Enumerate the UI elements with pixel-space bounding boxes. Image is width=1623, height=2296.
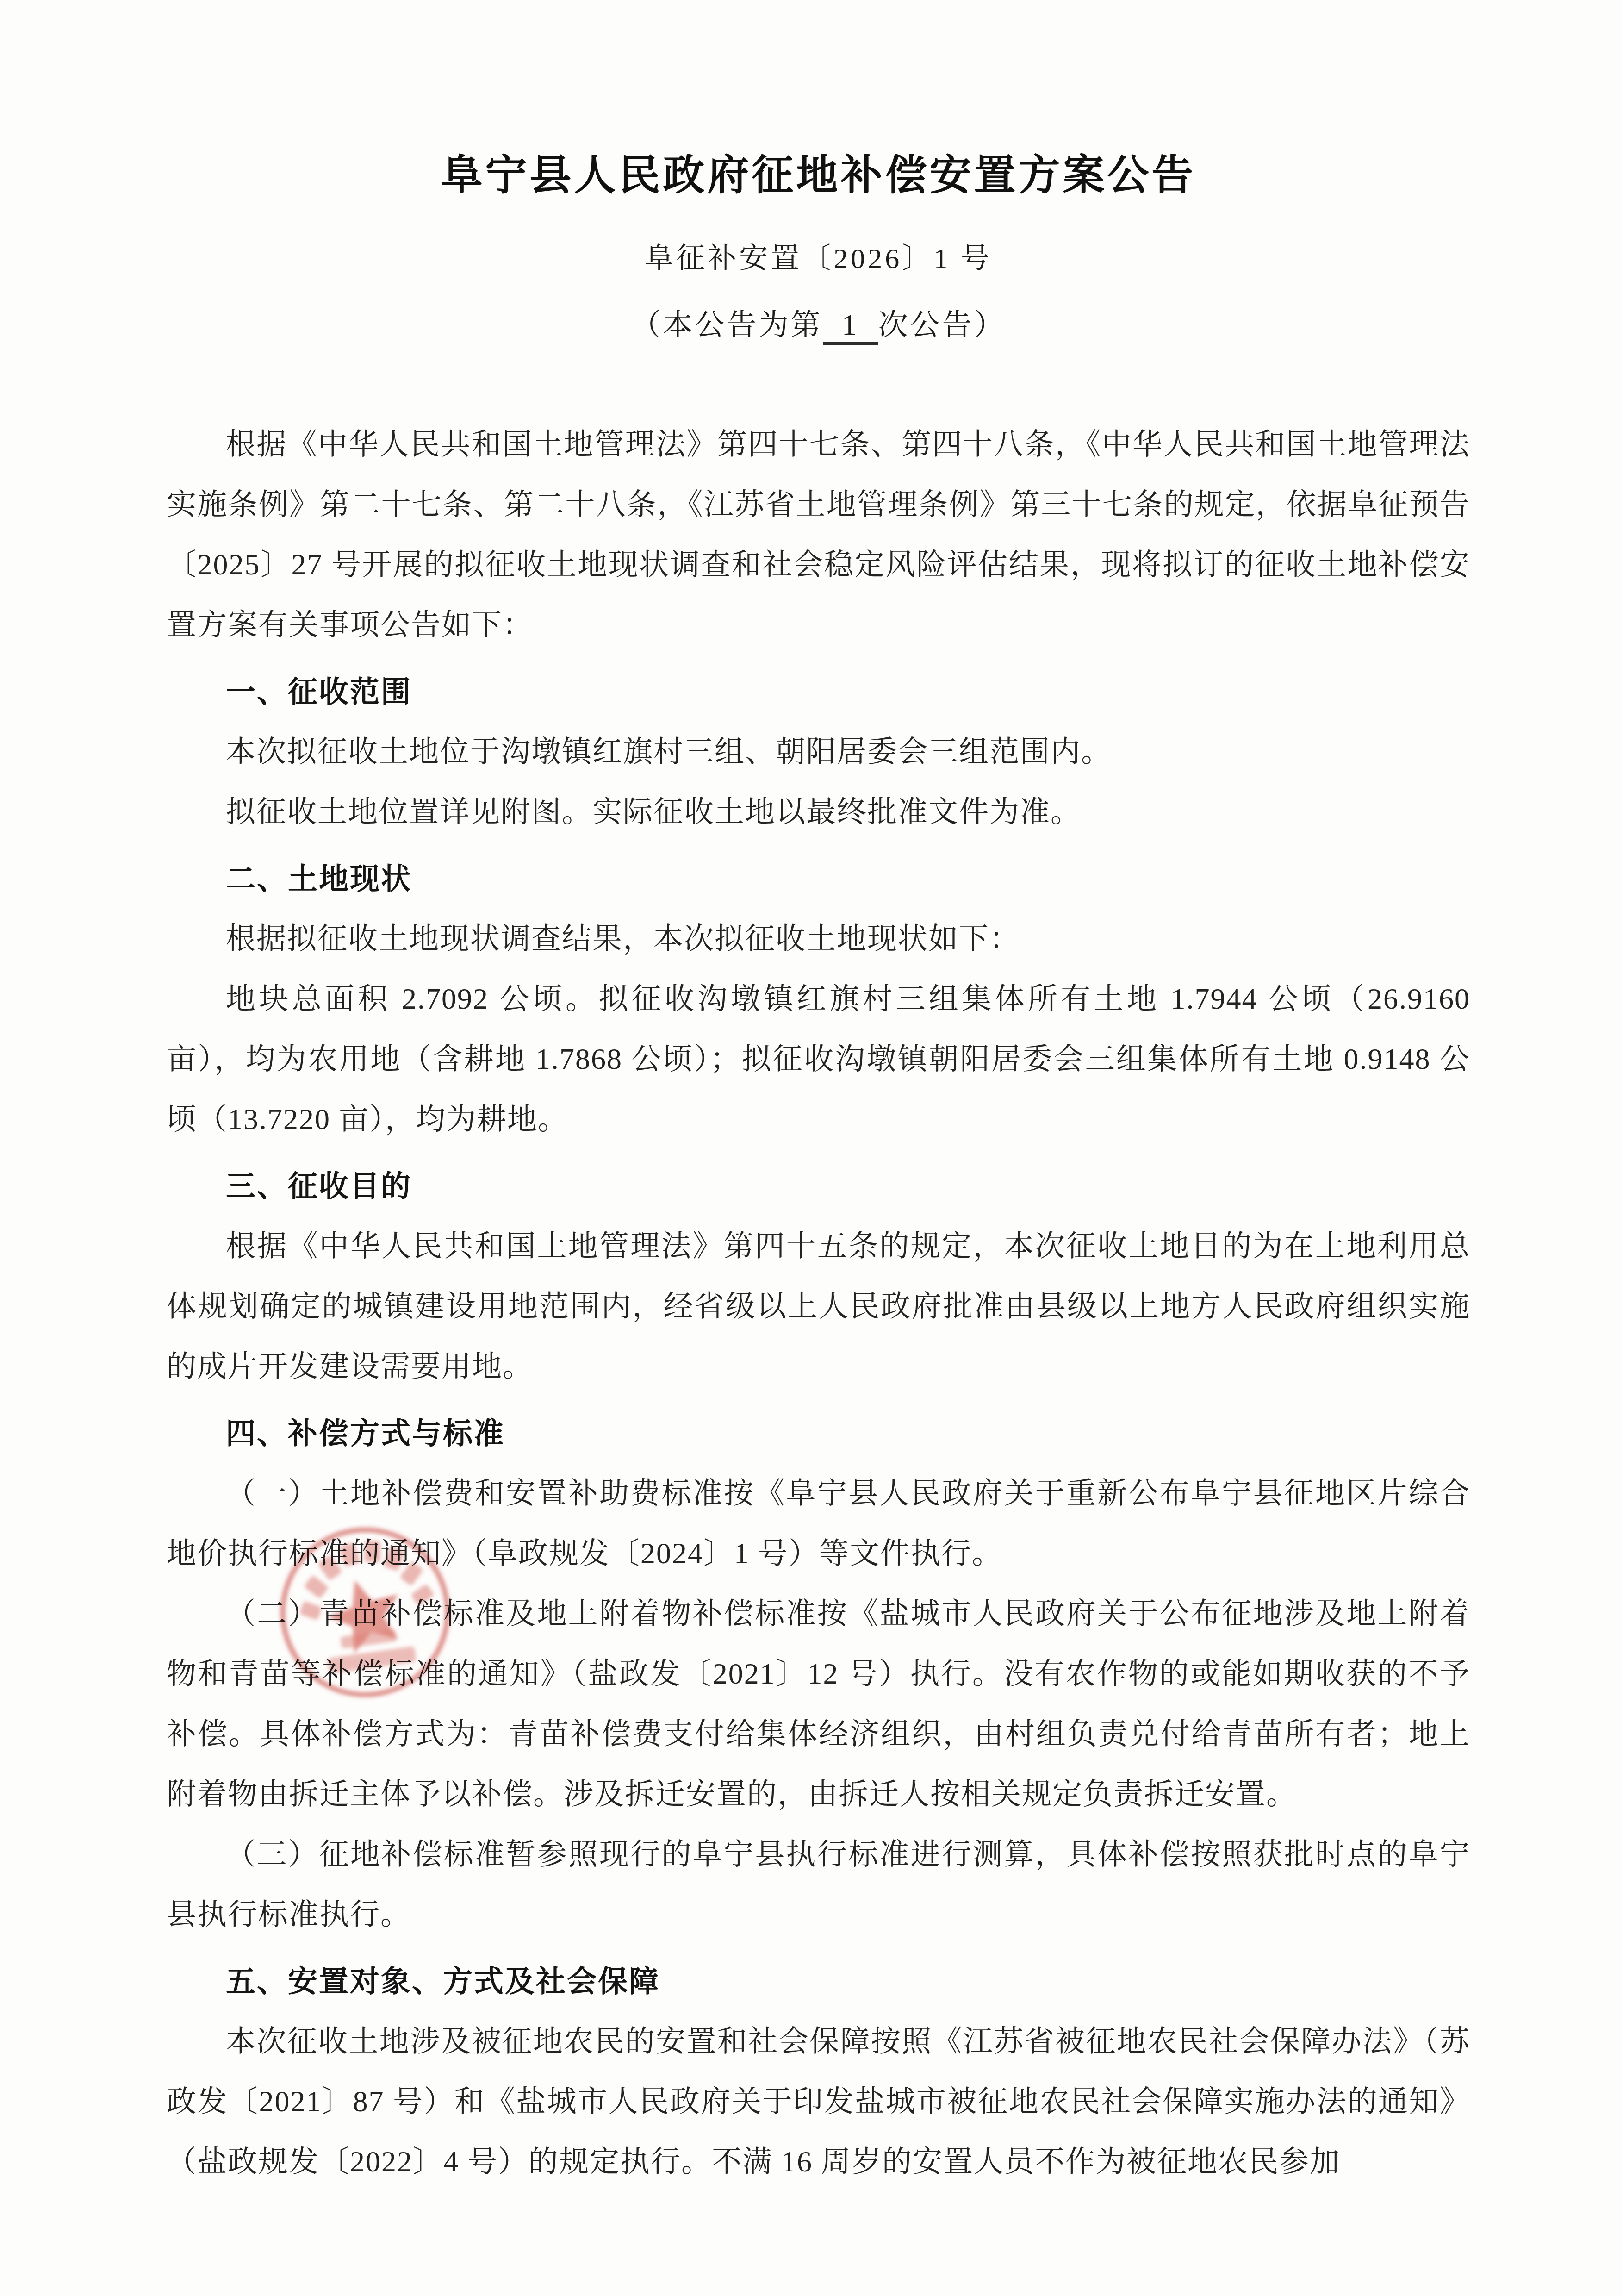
- body-paragraph: 拟征收土地位置详见附图。实际征收土地以最终批准文件为准。: [167, 782, 1470, 842]
- body-paragraph: 本次征收土地涉及被征地农民的安置和社会保障按照《江苏省被征地农民社会保障办法》（…: [167, 2011, 1470, 2192]
- section-heading: 四、补偿方式与标准: [167, 1403, 1470, 1463]
- section-heading: 二、土地现状: [167, 849, 1470, 909]
- body-paragraph: 根据拟征收土地现状调查结果，本次拟征收土地现状如下：: [167, 909, 1470, 969]
- body-paragraph: 本次拟征收土地位于沟墩镇红旗村三组、朝阳居委会三组范围内。: [167, 722, 1470, 782]
- body-paragraph: 地块总面积 2.7092 公顷。拟征收沟墩镇红旗村三组集体所有土地 1.7944…: [167, 969, 1470, 1149]
- page-title: 阜宁县人民政府征地补偿安置方案公告: [167, 153, 1470, 199]
- section-heading: 一、征收范围: [167, 661, 1470, 722]
- section-heading: 三、征收目的: [167, 1156, 1470, 1216]
- scanned-announcement-page: 阜宁县人民政府征地补偿安置方案公告 阜征补安置〔2026〕1 号 （本公告为第1…: [0, 0, 1623, 2296]
- notice-count-line: （本公告为第1次公告）: [167, 308, 1470, 345]
- notice-count-number: 1: [823, 308, 878, 345]
- body-paragraph: （二）青苗补偿标准及地上附着物补偿标准按《盐城市人民政府关于公布征地涉及地上附着…: [167, 1584, 1470, 1824]
- document-body: 根据《中华人民共和国土地管理法》第四十七条、第四十八条，《中华人民共和国土地管理…: [167, 414, 1470, 2192]
- section-heading: 五、安置对象、方式及社会保障: [167, 1951, 1470, 2011]
- document-number: 阜征补安置〔2026〕1 号: [167, 243, 1470, 275]
- notice-count-suffix: 次公告）: [878, 308, 1006, 341]
- body-paragraph: （三）征地补偿标准暂参照现行的阜宁县执行标准进行测算，具体补偿按照获批时点的阜宁…: [167, 1824, 1470, 1945]
- body-paragraph: 根据《中华人民共和国土地管理法》第四十五条的规定，本次征收土地目的为在土地利用总…: [167, 1216, 1470, 1397]
- document-content: 阜宁县人民政府征地补偿安置方案公告 阜征补安置〔2026〕1 号 （本公告为第1…: [0, 0, 1623, 2192]
- body-paragraph: （一）土地补偿费和安置补助费标准按《阜宁县人民政府关于重新公布阜宁县征地区片综合…: [167, 1463, 1470, 1584]
- body-paragraph: 根据《中华人民共和国土地管理法》第四十七条、第四十八条，《中华人民共和国土地管理…: [167, 414, 1470, 655]
- notice-count-prefix: （本公告为第: [631, 308, 823, 341]
